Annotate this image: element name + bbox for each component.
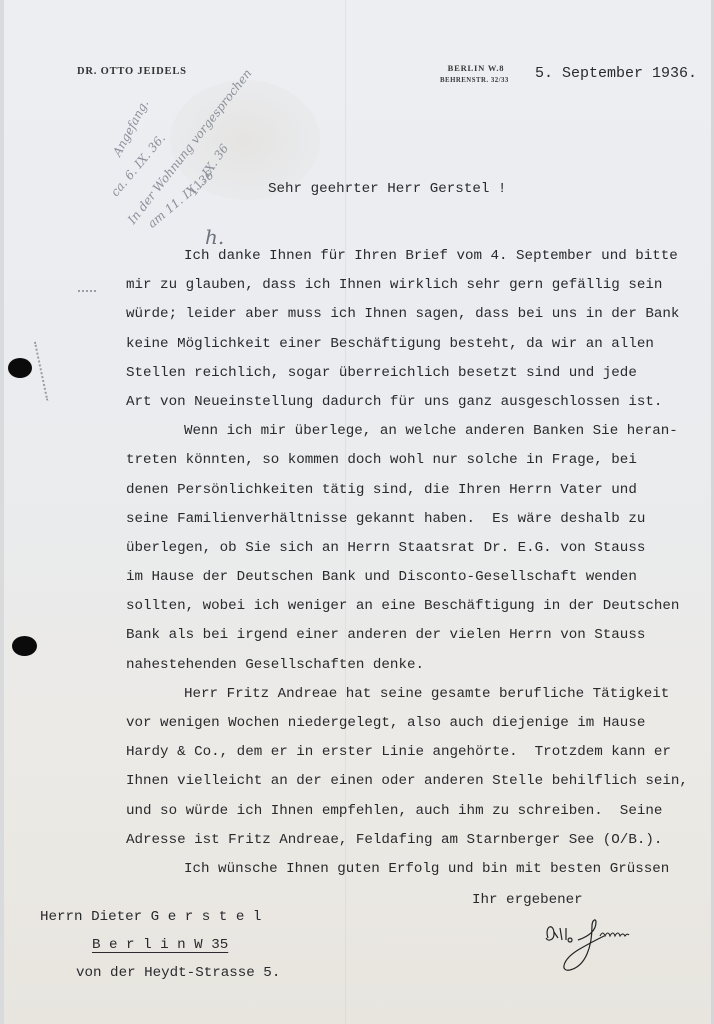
ink-specks-small	[78, 290, 96, 295]
body-line: keine Möglichkeit einer Beschäftigung be…	[126, 330, 714, 359]
body-line: seine Familienverhältnisse gekannt haben…	[126, 505, 714, 534]
body-line: Ihnen vielleicht an der einen oder ander…	[126, 767, 714, 796]
signature	[540, 916, 660, 976]
body-line: Adresse ist Fritz Andreae, Feldafing am …	[126, 826, 714, 855]
body-line: Art von Neueinstellung dadurch für uns g…	[126, 388, 714, 417]
paper-edge-left	[0, 0, 4, 1024]
body-line: Hardy & Co., dem er in erster Linie ange…	[126, 738, 714, 767]
letter-date: 5. September 1936.	[535, 65, 697, 82]
body-line: Ich danke Ihnen für Ihren Brief vom 4. S…	[126, 242, 714, 271]
body-line: Herr Fritz Andreae hat seine gesamte ber…	[126, 680, 714, 709]
body-line: und so würde ich Ihnen empfehlen, auch i…	[126, 797, 714, 826]
body-line: nahestehenden Gesellschaften denke.	[126, 651, 714, 680]
punch-hole-lower	[12, 636, 37, 656]
closing: Ihr ergebener	[472, 892, 583, 908]
body-line: im Hause der Deutschen Bank und Disconto…	[126, 563, 714, 592]
body-line: Wenn ich mir überlege, an welche anderen…	[126, 417, 714, 446]
letterhead-city: BERLIN W.8	[446, 63, 506, 73]
body-line: treten könnten, so kommen doch wohl nur …	[126, 446, 714, 475]
letter-body: Ich danke Ihnen für Ihren Brief vom 4. S…	[126, 242, 714, 884]
letterhead-sender-name: DR. OTTO JEIDELS	[77, 66, 187, 77]
body-line: überlegen, ob Sie sich an Herrn Staatsra…	[126, 534, 714, 563]
body-line: mir zu glauben, dass ich Ihnen wirklich …	[126, 271, 714, 300]
body-line: denen Persönlichkeiten tätig sind, die I…	[126, 476, 714, 505]
body-line: Ich wünsche Ihnen guten Erfolg und bin m…	[126, 855, 714, 884]
salutation: Sehr geehrter Herr Gerstel !	[268, 181, 506, 197]
body-line: vor wenigen Wochen niedergelegt, also au…	[126, 709, 714, 738]
punch-hole-upper	[8, 358, 32, 378]
body-line: sollten, wobei ich weniger an eine Besch…	[126, 592, 714, 621]
recipient-name: Herrn Dieter G e r s t e l	[40, 903, 280, 931]
body-line: würde; leider aber muss ich Ihnen sagen,…	[126, 300, 714, 329]
letterhead-street: BEHRENSTR. 32/33	[440, 77, 509, 84]
recipient-city: B e r l i n W 35	[92, 937, 228, 953]
body-line: Bank als bei irgend einer anderen der vi…	[126, 621, 714, 650]
recipient-street: von der Heydt-Strasse 5.	[40, 959, 280, 987]
recipient-address: Herrn Dieter G e r s t e l B e r l i n W…	[40, 903, 280, 987]
body-line: Stellen reichlich, sogar überreichlich b…	[126, 359, 714, 388]
